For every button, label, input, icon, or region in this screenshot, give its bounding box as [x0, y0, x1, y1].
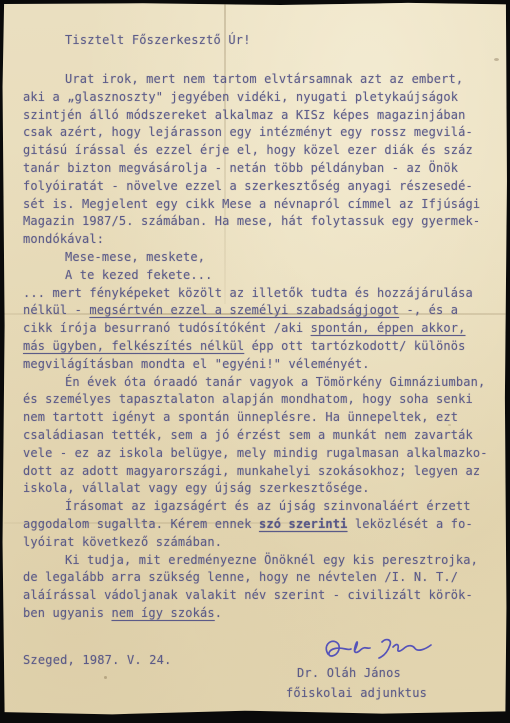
text-segment: nem tartott igényt a spontán ünneplésre.… — [23, 410, 458, 424]
text-segment: nélkül - — [23, 303, 89, 317]
underlined-text: nem így szokás — [112, 606, 215, 620]
text-segment: folyóiratát - növelve ezzel a szerkesztő… — [23, 179, 473, 193]
letter-line: A te kezed fekete... — [23, 267, 493, 285]
text-segment: iskola, vállalat vagy egy újság szerkesz… — [23, 481, 370, 495]
letter-line: ... mert fényképeket közölt az illetők t… — [23, 285, 493, 303]
text-segment: Én évek óta óraadó tanár vagyok a Tömörk… — [65, 375, 485, 389]
salutation: Tisztelt Főszerkesztő Úr! — [65, 33, 251, 47]
text-segment: ben ugyanis — [23, 606, 112, 620]
text-segment: aláírással vádoljanak valakit név szerin… — [23, 588, 473, 602]
paper-speck — [104, 676, 107, 679]
text-segment: lyóirat következő számában. — [23, 535, 222, 549]
scanned-letter-page: { "colors": { "paper": "#e8dcba", "scan_… — [0, 0, 510, 723]
letter-line: Én évek óta óraadó tanár vagyok a Tömörk… — [23, 374, 493, 392]
signature-title: főiskolai adjunktus — [286, 686, 427, 700]
letter-line: cikk írója besurranó tudósítóként /aki s… — [23, 320, 493, 338]
text-segment: szintjén álló módszereket alkalmaz a KIS… — [23, 108, 465, 122]
text-segment: csak azért, hogy lejárasson egy intézmén… — [23, 125, 473, 139]
text-segment: családiasan tették, sem a jó érzést sem … — [23, 428, 473, 442]
underlined-text: megsértvén ezzel a személyi szabadságjog… — [89, 303, 399, 317]
letter-line: dott az adott magyarországi, munkahelyi … — [23, 463, 493, 481]
text-segment: . — [215, 606, 222, 620]
letter-line: Magazin 1987/5. számában. Ha mese, hát f… — [23, 213, 493, 231]
letter-line: és személyes tapasztalaton alapján mondh… — [23, 391, 493, 409]
text-segment: Urat irok, mert nem tartom elvtársamnak … — [65, 72, 463, 86]
letter-line: megvilágításban mondta el "egyéni!" véle… — [23, 356, 493, 374]
letter-line: nélkül - megsértvén ezzel a személyi sza… — [23, 302, 493, 320]
underlined-text: más ügyben, felkészítés nélkül — [23, 339, 244, 353]
text-segment: Írásomat az igazságért és az újság szinv… — [65, 499, 471, 513]
letter-line: Urat irok, mert nem tartom elvtársamnak … — [23, 71, 493, 89]
underlined-text: szó szerinti — [259, 517, 348, 531]
paper-speck — [494, 58, 499, 61]
text-segment: tanár bizton megvásárolja - netán több p… — [23, 161, 458, 175]
letter-line: vele - ez az iskola belügye, mely mindig… — [23, 445, 493, 463]
letter-line: családiasan tették, sem a jó érzést sem … — [23, 427, 493, 445]
text-segment: gitású írással és ezzel érje el, hogy kö… — [23, 143, 473, 157]
text-segment: aki a „glasznoszty" jegyében vidéki, nyu… — [23, 90, 458, 104]
text-segment: Mese-mese, meskete, — [65, 250, 205, 264]
letter-line: nem tartott igényt a spontán ünneplésre.… — [23, 409, 493, 427]
text-segment: vele - ez az iskola belügye, mely mindig… — [23, 446, 488, 460]
text-segment: aggodalom sugallta. Kérem ennek — [23, 517, 259, 531]
letter-line: iskola, vállalat vagy egy újság szerkesz… — [23, 480, 493, 498]
text-segment: Magazin 1987/5. számában. Ha mese, hát f… — [23, 214, 480, 228]
letter-line: aggodalom sugallta. Kérem ennek szó szer… — [23, 516, 493, 534]
text-segment: megvilágításban mondta el "egyéni!" véle… — [23, 357, 370, 371]
letter-body: Urat irok, mert nem tartom elvtársamnak … — [23, 71, 493, 623]
letter-line: aki a „glasznoszty" jegyében vidéki, nyu… — [23, 89, 493, 107]
signature-name: Dr. Oláh János — [297, 666, 401, 680]
text-segment: épp ott tartózkodott/ különös — [244, 339, 465, 353]
letter-line: szintjén álló módszereket alkalmaz a KIS… — [23, 107, 493, 125]
paper-sheet: Tisztelt Főszerkesztő Úr! Urat irok, mer… — [0, 0, 510, 723]
letter-line: csak azért, hogy lejárasson egy intézmén… — [23, 124, 493, 142]
text-segment: de legalább arra szükség lenne, hogy ne … — [23, 570, 458, 584]
text-segment: sét is. Megjelent egy cikk Mese a névnap… — [23, 197, 480, 211]
letter-line: Ki tudja, mit eredményezne Önöknél egy k… — [23, 552, 493, 570]
letter-line: aláírással vádoljanak valakit név szerin… — [23, 587, 493, 605]
letter-line: mondókával: — [23, 231, 493, 249]
letter-line: sét is. Megjelent egy cikk Mese a névnap… — [23, 196, 493, 214]
text-segment: ... mert fényképeket közölt az illetők t… — [23, 286, 473, 300]
letter-line: gitású írással és ezzel érje el, hogy kö… — [23, 142, 493, 160]
letter-line: más ügyben, felkészítés nélkül épp ott t… — [23, 338, 493, 356]
text-segment: Ki tudja, mit eredményezne Önöknél egy k… — [65, 553, 478, 567]
text-segment: dott az adott magyarországi, munkahelyi … — [23, 464, 480, 478]
text-segment: mondókával: — [23, 232, 104, 246]
handwritten-signature — [316, 635, 436, 667]
letter-line: lyóirat következő számában. — [23, 534, 493, 552]
text-segment: -, és a — [399, 303, 458, 317]
letter-line: Mese-mese, meskete, — [23, 249, 493, 267]
letter-line: folyóiratát - növelve ezzel a szerkesztő… — [23, 178, 493, 196]
letter-line: ben ugyanis nem így szokás. — [23, 605, 493, 623]
letter-line: tanár bizton megvásárolja - netán több p… — [23, 160, 493, 178]
text-segment: és személyes tapasztalaton alapján mondh… — [23, 392, 473, 406]
dateline: Szeged, 1987. V. 24. — [23, 653, 172, 667]
underlined-text: spontán, éppen akkor, — [311, 321, 466, 335]
text-segment: leközlését a fo- — [348, 517, 473, 531]
text-segment: cikk írója besurranó tudósítóként /aki — [23, 321, 311, 335]
letter-line: de legalább arra szükség lenne, hogy ne … — [23, 569, 493, 587]
letter-line: Írásomat az igazságért és az újság szinv… — [23, 498, 493, 516]
text-segment: A te kezed fekete... — [65, 268, 213, 282]
